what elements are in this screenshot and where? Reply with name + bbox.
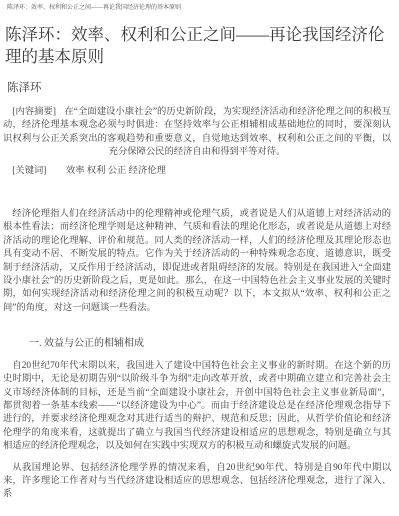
abstract-paragraph: [内容摘要]在“全面建设小康社会”的历史新阶段，为实现经济活动和经济伦理之间的积…	[3, 106, 391, 160]
paragraph-intro: 经济伦理指人们在经济活动中的伦理精神或伦理气质，或者说是人们从道德上对经济活动的…	[3, 208, 391, 315]
paragraph-section1-b: 从我国理论界、包括经济伦理学界的情况来看，自20世纪90年代、特别是自90年代中…	[3, 462, 391, 502]
section-heading-1: 一. 效益与公正的相辅相成	[3, 337, 391, 350]
author-name: 陈泽环	[7, 81, 391, 95]
keywords-line: [关键词]效率 权利 公正 经济伦理	[3, 165, 391, 178]
running-header: 陈泽环：效率、权利和公正之间——再论我国经济伦理的基本原则	[7, 4, 391, 12]
keywords-label: [关键词]	[12, 166, 46, 176]
abstract-text: 在“全面建设小康社会”的历史新阶段，为实现经济活动和经济伦理之间的积极互动，经济…	[3, 107, 391, 157]
paragraph-section1-a: 自20世纪70年代末期以来，我国进入了建设中国特色社会主义事业的新时期。在这个新…	[3, 360, 391, 454]
abstract-label: [内容摘要]	[12, 107, 56, 117]
keywords-text: 效率 权利 公正 经济伦理	[66, 166, 166, 176]
document-page: 陈泽环：效率、权利和公正之间——再论我国经济伦理的基本原则 陈泽环：效率、权利和…	[0, 0, 399, 516]
page-title: 陈泽环：效率、权利和公正之间——再论我国经济伦理的基本原则	[5, 24, 391, 68]
